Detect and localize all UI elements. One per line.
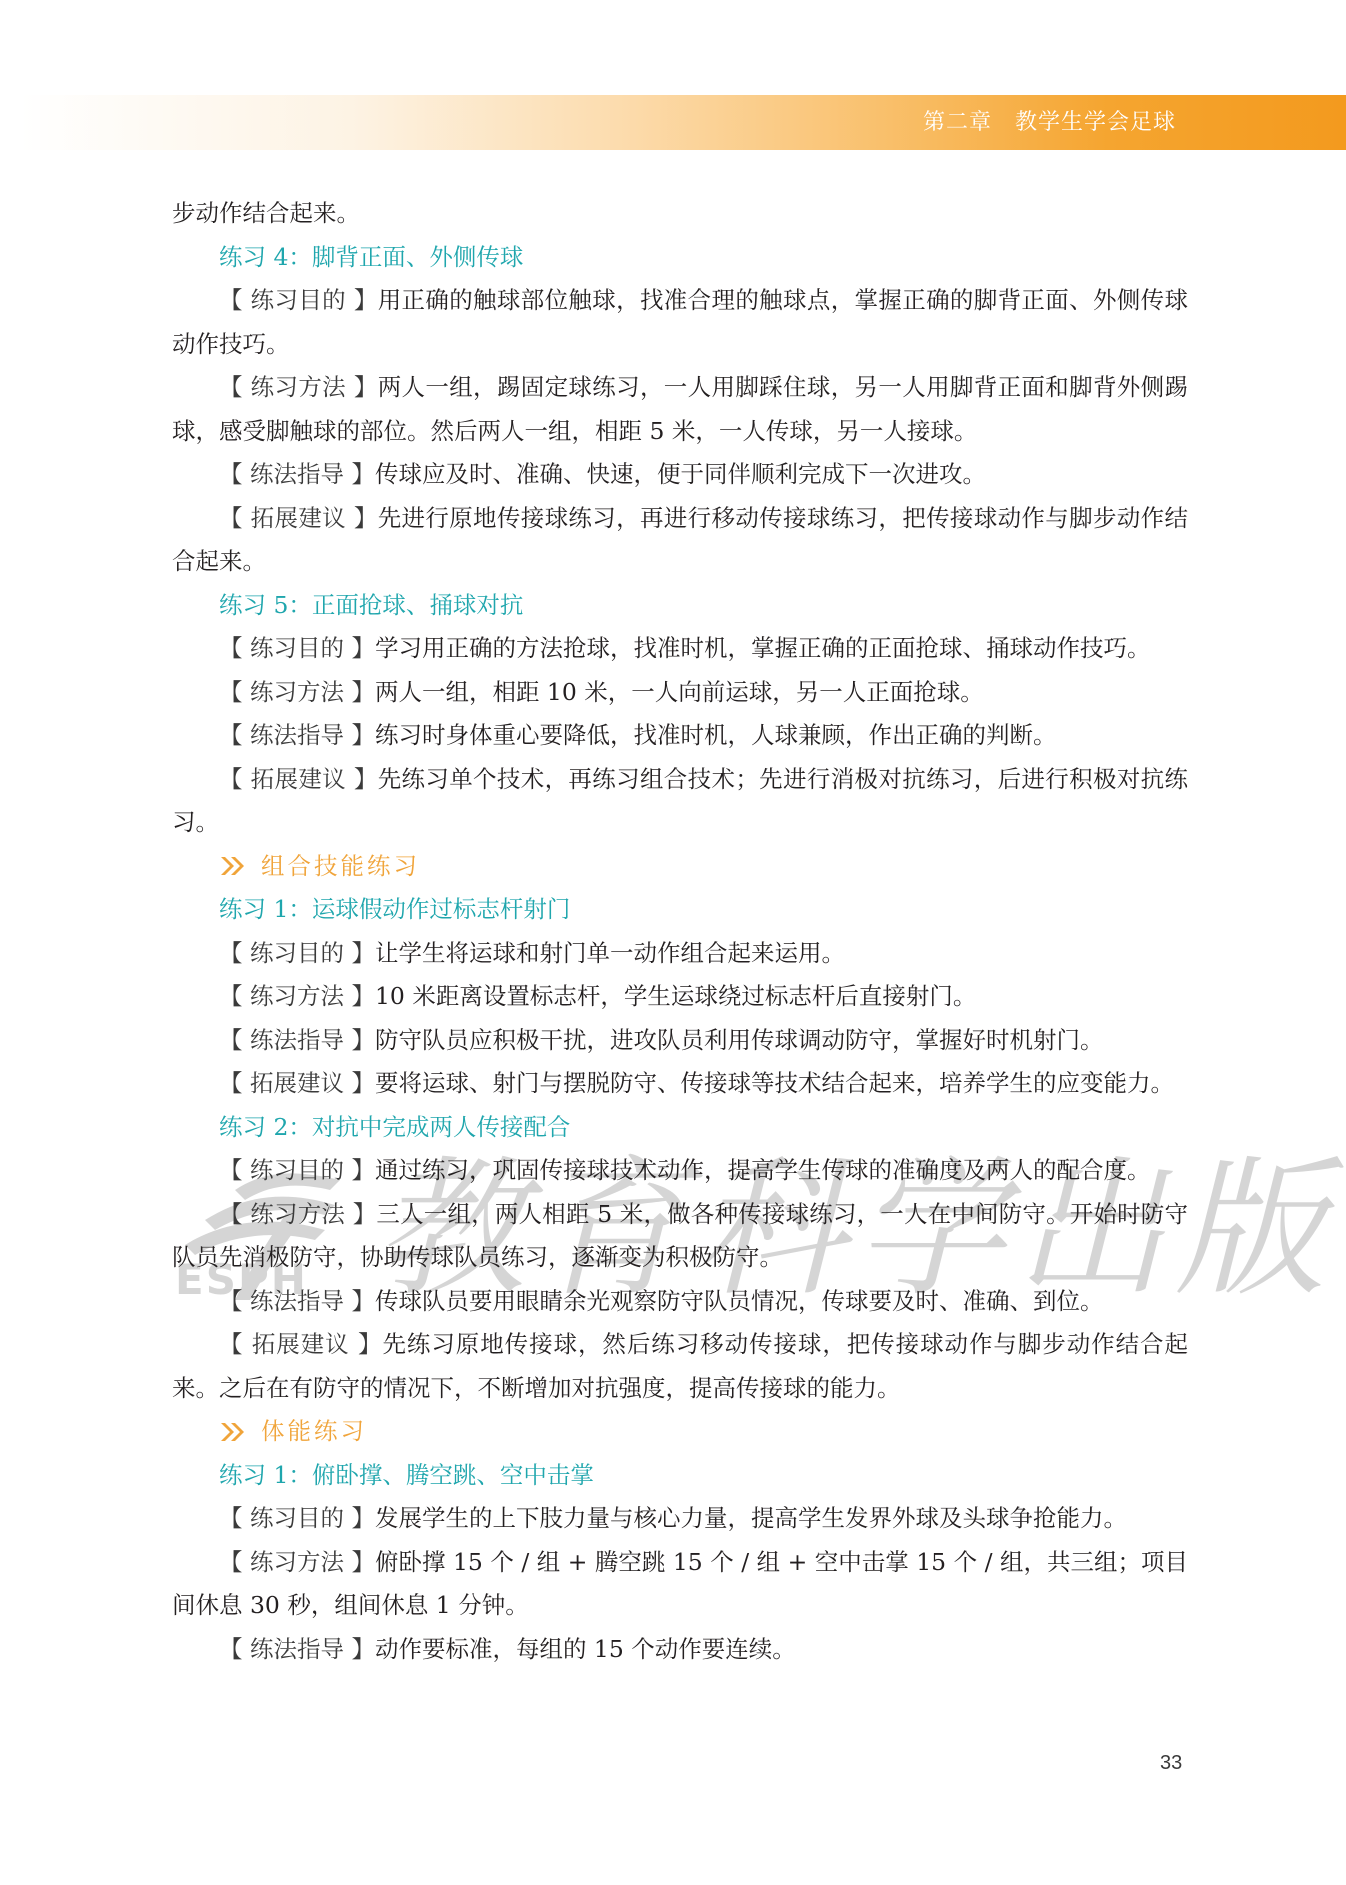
exercise-item: 【 练习目的 】学习用正确的方法抢球，找准时机，掌握正确的正面抢球、捅球动作技巧… [172, 627, 1188, 671]
section-title: 组合技能练习 [172, 845, 1188, 889]
page-content: 步动作结合起来。 练习 4：脚背正面、外侧传球 【 练习目的 】用正确的触球部位… [172, 192, 1188, 1671]
item-label: 【 练习目的 】 [219, 939, 375, 967]
item-text: 动作要标准，每组的 15 个动作要连续。 [375, 1635, 796, 1663]
exercise-item: 【 拓展建议 】先练习单个技术，再练习组合技术；先进行消极对抗练习，后进行积极对… [172, 758, 1188, 845]
exercise-item: 【 练习目的 】让学生将运球和射门单一动作组合起来运用。 [172, 932, 1188, 976]
item-text: 两人一组，相距 10 米，一人向前运球，另一人正面抢球。 [375, 678, 984, 706]
exercise-item: 【 拓展建议 】先进行原地传接球练习，再进行移动传接球练习，把传接球动作与脚步动… [172, 497, 1188, 584]
exercise-title: 练习 2：对抗中完成两人传接配合 [172, 1106, 1188, 1150]
exercise-item: 【 练习方法 】三人一组，两人相距 5 米，做各种传接球练习，一人在中间防守。开… [172, 1193, 1188, 1280]
item-label: 【 练习方法 】 [219, 1200, 376, 1228]
item-label: 【 拓展建议 】 [219, 765, 378, 793]
item-label: 【 练法指导 】 [219, 721, 375, 749]
exercise-item: 【 练法指导 】动作要标准，每组的 15 个动作要连续。 [172, 1628, 1188, 1672]
exercise-item: 【 练法指导 】传球应及时、准确、快速，便于同伴顺利完成下一次进攻。 [172, 453, 1188, 497]
item-label: 【 练习目的 】 [219, 286, 378, 314]
item-text: 发展学生的上下肢力量与核心力量，提高学生发界外球及头球争抢能力。 [375, 1504, 1127, 1532]
section-title: 体能练习 [172, 1410, 1188, 1454]
exercise-item: 【 练法指导 】传球队员要用眼睛余光观察防守队员情况，传球要及时、准确、到位。 [172, 1280, 1188, 1324]
exercise-item: 【 练法指导 】防守队员应积极干扰，进攻队员利用传球调动防守，掌握好时机射门。 [172, 1019, 1188, 1063]
section-title-text: 组合技能练习 [261, 845, 420, 889]
item-label: 【 练法指导 】 [219, 460, 375, 488]
item-text: 让学生将运球和射门单一动作组合起来运用。 [375, 939, 845, 967]
item-text: 要将运球、射门与摆脱防守、传接球等技术结合起来，培养学生的应变能力。 [375, 1069, 1174, 1097]
item-label: 【 练习方法 】 [219, 1548, 375, 1576]
item-label: 【 拓展建议 】 [219, 504, 378, 532]
item-text: 学习用正确的方法抢球，找准时机，掌握正确的正面抢球、捅球动作技巧。 [375, 634, 1151, 662]
exercise-title: 练习 4：脚背正面、外侧传球 [172, 236, 1188, 280]
exercise-title: 练习 1：俯卧撑、腾空跳、空中击掌 [172, 1454, 1188, 1498]
chapter-title: 第二章 教学生学会足球 [923, 103, 1176, 143]
exercise-title: 练习 1：运球假动作过标志杆射门 [172, 888, 1188, 932]
exercise-item: 【 练习方法 】10 米距离设置标志杆，学生运球绕过标志杆后直接射门。 [172, 975, 1188, 1019]
exercise-item: 【 练法指导 】练习时身体重心要降低，找准时机，人球兼顾，作出正确的判断。 [172, 714, 1188, 758]
section-title-text: 体能练习 [261, 1410, 367, 1454]
item-label: 【 练习方法 】 [219, 678, 375, 706]
exercise-item: 【 拓展建议 】先练习原地传接球，然后练习移动传接球，把传接球动作与脚步动作结合… [172, 1323, 1188, 1410]
item-label: 【 练习方法 】 [219, 982, 375, 1010]
exercise-title: 练习 5：正面抢球、捅球对抗 [172, 584, 1188, 628]
exercise-item: 【 练习方法 】俯卧撑 15 个 / 组 + 腾空跳 15 个 / 组 + 空中… [172, 1541, 1188, 1628]
item-label: 【 拓展建议 】 [219, 1330, 382, 1358]
exercise-item: 【 练习方法 】两人一组，相距 10 米，一人向前运球，另一人正面抢球。 [172, 671, 1188, 715]
item-text: 10 米距离设置标志杆，学生运球绕过标志杆后直接射门。 [375, 982, 976, 1010]
item-text: 通过练习，巩固传接球技术动作，提高学生传球的准确度及两人的配合度。 [375, 1156, 1151, 1184]
double-chevron-right-icon [219, 855, 247, 877]
item-label: 【 练习方法 】 [219, 373, 378, 401]
exercise-item: 【 练习目的 】通过练习，巩固传接球技术动作，提高学生传球的准确度及两人的配合度… [172, 1149, 1188, 1193]
item-text: 传球队员要用眼睛余光观察防守队员情况，传球要及时、准确、到位。 [375, 1287, 1104, 1315]
item-label: 【 拓展建议 】 [219, 1069, 375, 1097]
exercise-item: 【 练习方法 】两人一组，踢固定球练习，一人用脚踩住球，另一人用脚背正面和脚背外… [172, 366, 1188, 453]
item-text: 传球应及时、准确、快速，便于同伴顺利完成下一次进攻。 [375, 460, 986, 488]
item-label: 【 练法指导 】 [219, 1287, 375, 1315]
item-label: 【 练习目的 】 [219, 1504, 375, 1532]
exercise-item: 【 练习目的 】发展学生的上下肢力量与核心力量，提高学生发界外球及头球争抢能力。 [172, 1497, 1188, 1541]
exercise-item: 【 练习目的 】用正确的触球部位触球，找准合理的触球点，掌握正确的脚背正面、外侧… [172, 279, 1188, 366]
item-label: 【 练法指导 】 [219, 1635, 375, 1663]
item-label: 【 练习目的 】 [219, 1156, 375, 1184]
item-text: 练习时身体重心要降低，找准时机，人球兼顾，作出正确的判断。 [375, 721, 1057, 749]
item-text: 防守队员应积极干扰，进攻队员利用传球调动防守，掌握好时机射门。 [375, 1026, 1104, 1054]
item-label: 【 练法指导 】 [219, 1026, 375, 1054]
double-chevron-right-icon [219, 1421, 247, 1443]
item-label: 【 练习目的 】 [219, 634, 375, 662]
exercise-item: 【 拓展建议 】要将运球、射门与摆脱防守、传接球等技术结合起来，培养学生的应变能… [172, 1062, 1188, 1106]
page-number: 33 [1160, 1752, 1182, 1775]
continuation-paragraph: 步动作结合起来。 [172, 192, 1188, 236]
